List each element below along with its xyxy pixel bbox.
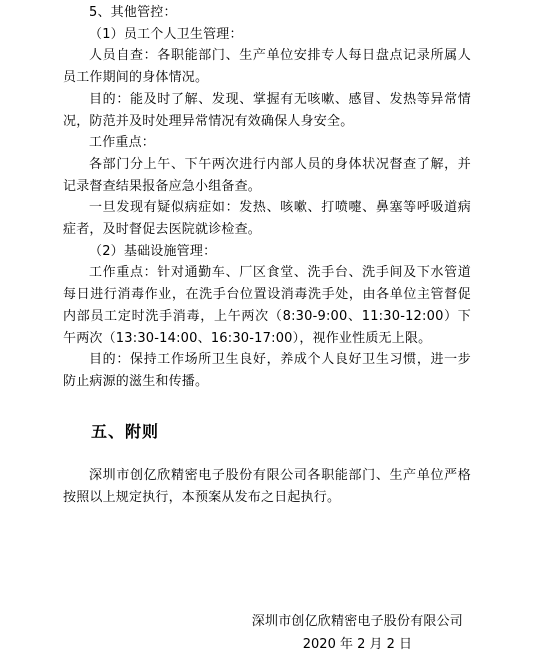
signature-company-name: 深圳市创亿欣精密电子股份有限公司 — [252, 611, 463, 633]
paragraph-facility-management-title: （2）基础设施管理： — [63, 241, 471, 263]
paragraph-other-controls-title: 5、其他管控： — [63, 2, 471, 24]
paragraph-daily-inspection: 各部门分上午、下午两次进行内部人员的身体状况督查了解，并记录督查结果报备应急小组… — [63, 154, 471, 197]
closing-paragraph: 深圳市创亿欣精密电子股份有限公司各职能部门、生产单位严格按照以上规定执行，本预案… — [63, 465, 471, 508]
paragraph-suspected-symptoms: 一旦发现有疑似病症如：发热、咳嗽、打喷嚏、鼻塞等呼吸道病症者，及时督促去医院就诊… — [63, 197, 471, 240]
paragraph-disinfection-schedule: 工作重点：针对通勤车、厂区食堂、洗手台、洗手间及下水管道每日进行消毒作业，在洗手… — [63, 262, 471, 349]
signature-block: 深圳市创亿欣精密电子股份有限公司 2020 年 2 月 2 日 — [252, 611, 463, 655]
paragraph-facility-purpose: 目的：保持工作场所卫生良好，养成个人良好卫生习惯，进一步防止病源的滋生和传播。 — [63, 349, 471, 392]
document-page: 5、其他管控： （1）员工个人卫生管理： 人员自查：各职能部门、生产单位安排专人… — [0, 0, 541, 664]
paragraph-self-check-purpose: 目的：能及时了解、发现、掌握有无咳嗽、感冒、发热等异常情况，防范并及时处理异常情… — [63, 89, 471, 132]
paragraph-self-check: 人员自查：各职能部门、生产单位安排专人每日盘点记录所属人员工作期间的身体情况。 — [63, 45, 471, 88]
document-body: 5、其他管控： （1）员工个人卫生管理： 人员自查：各职能部门、生产单位安排专人… — [0, 0, 541, 509]
paragraph-work-focus-title: 工作重点： — [63, 132, 471, 154]
signature-date: 2020 年 2 月 2 日 — [252, 634, 463, 656]
section-heading-supplementary-provisions: 五、附则 — [63, 421, 471, 443]
paragraph-personal-hygiene-title: （1）员工个人卫生管理： — [63, 24, 471, 46]
